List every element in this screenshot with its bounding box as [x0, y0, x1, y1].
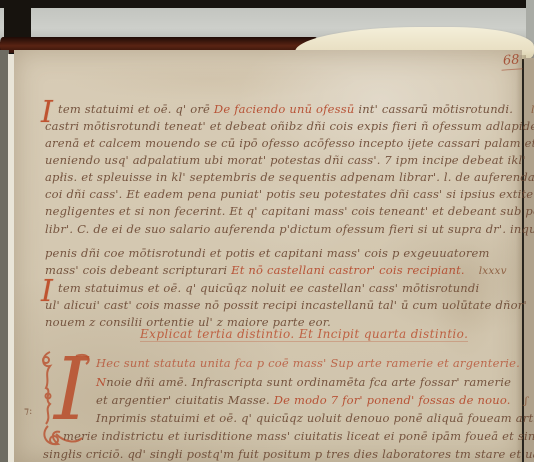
line-segment-red: De modo 7 for' ponend' fossas de nouo.: [274, 393, 511, 407]
text-line: singłis criciō. qd' singłi postq'm fuit …: [43, 447, 534, 461]
line-segment-red: Hec sunt statuta unita fca p coē mass' S…: [96, 356, 520, 370]
line-segment: castri mōtisrotundi teneat' et debeat oñ…: [45, 119, 534, 133]
line-segment-red: Et nō castellani castror' cois recipiant…: [231, 263, 465, 277]
line-segment: et argentier' ciuitatis Masse.: [96, 393, 274, 407]
folio-number: 68: [500, 52, 522, 70]
line-segment: singłis criciō. qd' singłi postq'm fuit …: [43, 447, 534, 461]
text-line: mass' cois debeant scripturari Et nō cas…: [45, 263, 507, 277]
line-segment: mass' cois debeant scripturari: [45, 263, 231, 277]
text-line: ul' alicui' cast' cois masse nō possit r…: [45, 298, 527, 312]
chapter-number: lxxxv: [465, 265, 507, 277]
line-segment-red: N: [96, 375, 106, 389]
text-line: negligentes et si non fecerint. Et q' ca…: [45, 204, 534, 218]
text-line: Inprimis statuimi et oē. q' quicūqz uolu…: [96, 411, 534, 425]
line-segment: penis dñi coe mōtisrotundi et potis et c…: [45, 246, 490, 260]
text-line: ueniendo usq' adpalatium ubi morat' pote…: [45, 153, 526, 167]
line-segment: Inprimis statuimi et oē. q' quicūqz uolu…: [96, 411, 534, 425]
text-line: tem statuimi et oē. q' orē De faciendo u…: [58, 102, 534, 116]
line-segment-red: De faciendo unū ofessū: [214, 102, 358, 116]
line-segment: merie indistrictu et iurisditione mass' …: [63, 429, 534, 443]
line-segment: coi dñi cass'. Et eadem pena puniat' pot…: [45, 187, 534, 201]
line-segment: ul' alicui' cast' cois masse nō possit r…: [45, 298, 527, 312]
text-line: penis dñi coe mōtisrotundi et potis et c…: [45, 246, 490, 260]
text-line: apłis. et spleuisse in kl' septembris de…: [45, 170, 534, 184]
text-line: castri mōtisrotundi teneat' et debeat oñ…: [45, 119, 534, 133]
text-line: libr'. C. de ei de suo salario auferenda…: [45, 222, 534, 236]
chapter-number: lxxxiiij: [517, 104, 534, 116]
line-segment: negligentes et si non fecerint. Et q' ca…: [45, 204, 534, 218]
initial-letter: I: [54, 340, 88, 440]
line-segment: libr'. C. de ei de suo salario auferenda…: [45, 222, 534, 236]
line-segment: tem statuimi et oē. q' orē: [58, 102, 214, 116]
rubric-line: Explicat tertia distintio. Et Incipit qu…: [140, 327, 468, 342]
line-segment: ueniendo usq' adpalatium ubi morat' pote…: [45, 153, 526, 167]
line-segment: apłis. et spleuisse in kl' septembris de…: [45, 170, 534, 184]
text-line: Hec sunt statuta unita fca p coē mass' S…: [96, 356, 520, 370]
marginal-mark: ⁊:: [24, 406, 32, 417]
line-segment: arenā et calcem mouendo se cū ipō ofesso…: [45, 136, 534, 150]
catch-mark: ʃ: [511, 395, 528, 407]
line-segment: int' cassarū mōtisrotundi.: [358, 102, 517, 116]
line-segment: noie dñi amē. Infrascripta sunt ordinamē…: [106, 375, 511, 389]
manuscript-photo: 68 I tem statuimi et oē. q' orē De facie…: [0, 0, 534, 462]
text-line: et argentier' ciuitatis Masse. De modo 7…: [96, 393, 528, 407]
line-segment: tem statuimus et oē. q' quicūqz noluit e…: [58, 281, 479, 295]
text-line: arenā et calcem mouendo se cū ipō ofesso…: [45, 136, 534, 150]
text-line: merie indistrictu et iurisditione mass' …: [63, 429, 534, 443]
text-line: tem statuimus et oē. q' quicūqz noluit e…: [58, 281, 479, 295]
text-line: coi dñi cass'. Et eadem pena puniat' pot…: [45, 187, 534, 201]
text-line: Nnoie dñi amē. Infrascripta sunt ordinam…: [96, 375, 511, 389]
